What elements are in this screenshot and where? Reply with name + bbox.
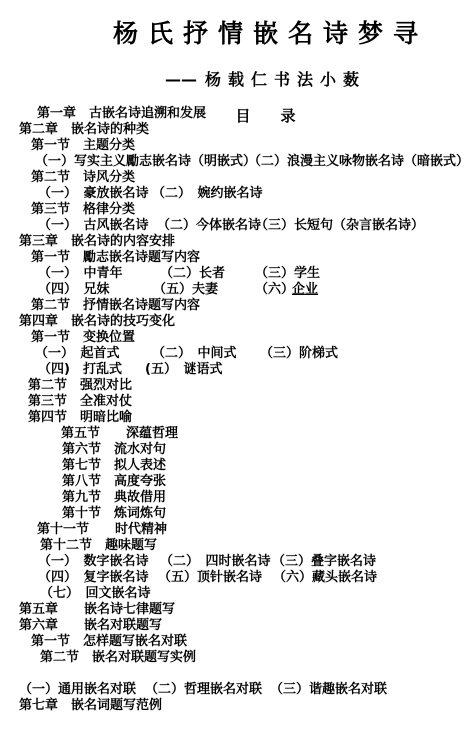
- toc-entry: 第九节 典故借用: [62, 490, 166, 506]
- toc-line: 第二节 诗风分类: [0, 170, 465, 186]
- toc-entry: （三）阶梯式: [260, 346, 338, 362]
- toc-entry: 第一节 勵志嵌名诗题写内容: [31, 250, 200, 266]
- toc-entry: 第一章 古嵌名诗追溯和发展: [37, 106, 206, 122]
- toc-entry: （一） 豪放嵌名诗: [38, 186, 149, 202]
- toc-entry: （二）今体嵌名诗: [157, 218, 261, 234]
- toc-line: 第四章 嵌名诗的技巧变化: [0, 314, 465, 330]
- book-title: 杨氏抒情嵌名诗梦寻: [66, 0, 465, 50]
- toc-entry: 第七章 嵌名词题写范例: [19, 698, 162, 714]
- toc-entry: （二） 四时嵌名诗: [160, 554, 271, 570]
- toc-entry: 第四节 明暗比喻: [28, 410, 132, 426]
- toc-entry: 第二节 嵌名对联题写实例: [40, 650, 196, 666]
- toc-line: 第十二节 趣味题写: [0, 538, 465, 554]
- toc-line: 第一节 勵志嵌名诗题写内容: [0, 250, 465, 266]
- toc-entry: 第二章 嵌名诗的种类: [19, 122, 149, 138]
- toc-entry: （一） 古风嵌名诗: [38, 218, 149, 234]
- toc-line: （四） 复字嵌名诗（五）顶针嵌名诗（六）藏头嵌名诗: [0, 570, 465, 586]
- toc-line: 第十一节 时代精神: [0, 522, 465, 538]
- toc-entry: 第二节 强烈对比: [28, 378, 132, 394]
- toc-line: 第六节 流水对句: [0, 442, 465, 458]
- toc-line: 第七章 嵌名词题写范例: [0, 698, 465, 714]
- toc-entry: 第四章 嵌名诗的技巧变化: [19, 314, 175, 330]
- toc-line: （一） 豪放嵌名诗（二） 婉约嵌名诗: [0, 186, 465, 202]
- toc-line: 第一节 变换位置: [0, 330, 465, 346]
- toc-entry: （五）顶针嵌名诗: [158, 570, 262, 586]
- toc-line: 第一节 怎样题写嵌名对联: [0, 634, 465, 650]
- toc-line: （一） 中青年（二）长者（三）学生: [0, 266, 465, 282]
- toc-entry: （七） 回文嵌名诗: [40, 586, 151, 602]
- toc-line: （一）写实主义勵志嵌名诗（明嵌式）（二）浪漫主义咏物嵌名诗（暗嵌式）: [0, 154, 465, 170]
- toc-entry: 第一节 变换位置: [31, 330, 135, 346]
- toc-line: 第二节 抒情嵌名诗题写内容: [0, 298, 465, 314]
- toc-entry: （五）夫妻: [153, 282, 218, 298]
- toc-entry: 第二节 抒情嵌名诗题写内容: [31, 298, 200, 314]
- toc-entry: 第八节 高度夸张: [62, 474, 166, 490]
- toc-line: 第八节 高度夸张: [0, 474, 465, 490]
- toc-line: 第五章 嵌名诗七律题写: [0, 602, 465, 618]
- toc-line: 第四节 明暗比喻: [0, 410, 465, 426]
- toc-entry: 第三节 全准对仗: [28, 394, 132, 410]
- toc-entry: （三）长短句（杂言嵌名诗）: [255, 218, 424, 234]
- toc-entry: 第七节 拟人表述: [62, 458, 166, 474]
- toc-entry: 第二节 诗风分类: [31, 170, 135, 186]
- subtitle-author-text: 杨载仁书法小薮: [205, 70, 366, 89]
- toc-entry: 第五节 深蕴哲理: [61, 426, 178, 442]
- toc-entry: 第六节 流水对句: [62, 442, 166, 458]
- toc-entry: （一）通用嵌名对联: [19, 682, 136, 698]
- toc-line: 第七节 拟人表述: [0, 458, 465, 474]
- book-subtitle: ——杨载仁书法小薮: [66, 67, 465, 90]
- toc: 第一章 古嵌名诗追溯和发展第二章 嵌名诗的种类第一节 主题分类（一）写实主义勵志…: [0, 106, 465, 714]
- toc-entry: （三）谐趣嵌名对联: [270, 682, 387, 698]
- toc-line: 第六章 嵌名对联题写: [0, 618, 465, 634]
- toc-entry: （一） 起首式: [35, 346, 120, 362]
- toc-entry: （一） 中青年: [38, 266, 123, 282]
- toc-entry: 第五章 嵌名诗七律题写: [19, 602, 175, 618]
- toc-line: （一） 起首式（二） 中间式（三）阶梯式: [0, 346, 465, 362]
- toc-entry: 第十节 炼词炼句: [62, 506, 166, 522]
- toc-page: 杨氏抒情嵌名诗梦寻 ——杨载仁书法小薮 目 录 第一章 古嵌名诗追溯和发展第二章…: [0, 0, 465, 749]
- toc-entry: 第一节 怎样题写嵌名对联: [31, 634, 187, 650]
- toc-entry: 第一节 主题分类: [31, 138, 135, 154]
- toc-entry: 第十二节 趣味题写: [40, 538, 157, 554]
- toc-entry: 企业: [292, 282, 318, 298]
- toc-entry: （二） 婉约嵌名诗: [152, 186, 263, 202]
- toc-line: （四) 打乱式(五） 谜语式: [0, 362, 465, 378]
- toc-entry: 第三章 嵌名诗的内容安排: [19, 234, 175, 250]
- toc-line: 第九节 典故借用: [0, 490, 465, 506]
- toc-entry: 第三节 格律分类: [31, 202, 135, 218]
- toc-entry: （二） 中间式: [152, 346, 237, 362]
- toc-entry: （三）叠字嵌名诗: [272, 554, 376, 570]
- toc-line: 第一章 古嵌名诗追溯和发展: [0, 106, 465, 122]
- toc-line: （七） 回文嵌名诗: [0, 586, 465, 602]
- toc-line: 第一节 主题分类: [0, 138, 465, 154]
- toc-entry: 第六章 嵌名对联题写: [19, 618, 162, 634]
- toc-line: [0, 666, 465, 682]
- toc-entry: (五） 谜语式: [145, 362, 222, 378]
- toc-line: 第三节 格律分类: [0, 202, 465, 218]
- toc-line: 第三章 嵌名诗的内容安排: [0, 234, 465, 250]
- toc-line: （一）通用嵌名对联（二）哲理嵌名对联（三）谐趣嵌名对联: [0, 682, 465, 698]
- toc-line: 第二节 强烈对比: [0, 378, 465, 394]
- toc-line: （四） 兄妹（五）夫妻（六）企业: [0, 282, 465, 298]
- toc-entry: （一） 数字嵌名诗: [38, 554, 149, 570]
- toc-entry: （四） 复字嵌名诗: [38, 570, 149, 586]
- toc-entry: （二）哲理嵌名对联: [145, 682, 262, 698]
- toc-line: （一） 数字嵌名诗（二） 四时嵌名诗（三）叠字嵌名诗: [0, 554, 465, 570]
- toc-line: 第二章 嵌名诗的种类: [0, 122, 465, 138]
- toc-line: （一） 古风嵌名诗（二）今体嵌名诗（三）长短句（杂言嵌名诗）: [0, 218, 465, 234]
- toc-entry: （三）学生: [255, 266, 320, 282]
- toc-entry: （六）藏头嵌名诗: [273, 570, 377, 586]
- subtitle-dash: ——: [165, 70, 197, 89]
- toc-line: 第二节 嵌名对联题写实例: [0, 650, 465, 666]
- toc-entry: （二）长者: [160, 266, 225, 282]
- toc-entry: （一）写实主义勵志嵌名诗（明嵌式）: [35, 154, 256, 170]
- toc-entry: （四) 打乱式: [38, 362, 122, 378]
- toc-entry: （二）浪漫主义咏物嵌名诗（暗嵌式）: [248, 154, 465, 170]
- toc-line: 第三节 全准对仗: [0, 394, 465, 410]
- toc-entry: （四） 兄妹: [38, 282, 110, 298]
- toc-entry: 第十一节 时代精神: [37, 522, 167, 538]
- toc-line: 第十节 炼词炼句: [0, 506, 465, 522]
- toc-entry: （六）: [255, 282, 294, 298]
- toc-line: 第五节 深蕴哲理: [0, 426, 465, 442]
